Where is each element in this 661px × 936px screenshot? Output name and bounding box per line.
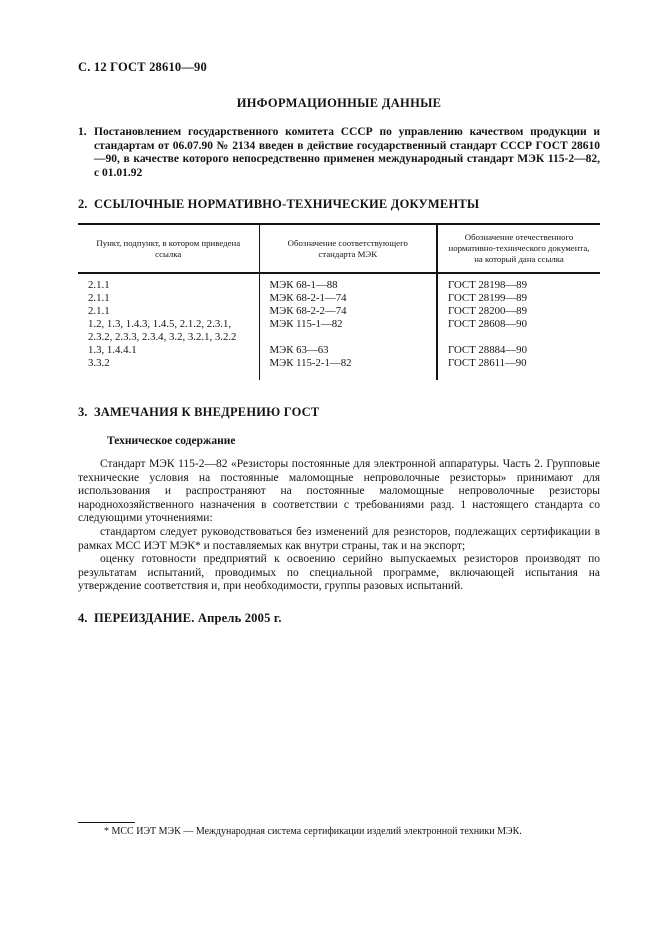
- table-body: 2.1.1 МЭК 68-1—88 ГОСТ 28198—89 2.1.1 МЭ…: [78, 273, 600, 380]
- cell-gost: ГОСТ 28199—89: [437, 292, 600, 305]
- page-content: С. 12 ГОСТ 28610—90 ИНФОРМАЦИОННЫЕ ДАННЫ…: [78, 0, 600, 626]
- document-title: ИНФОРМАЦИОННЫЕ ДАННЫЕ: [78, 96, 600, 111]
- cell-gost: ГОСТ 28608—90: [437, 318, 600, 344]
- table-row: 3.3.2 МЭК 115-2-1—82 ГОСТ 28611—90: [78, 357, 600, 380]
- section-4-number: 4.: [78, 611, 94, 626]
- table-row: 1.2, 1.3, 1.4.3, 1.4.5, 2.1.2, 2.3.1, 2.…: [78, 318, 600, 344]
- table-row: 2.1.1 МЭК 68-1—88 ГОСТ 28198—89: [78, 273, 600, 292]
- section-3-body: Стандарт МЭК 115-2—82 «Резисторы постоян…: [78, 458, 600, 594]
- section-2-heading: 2. ССЫЛОЧНЫЕ НОРМАТИВНО-ТЕХНИЧЕСКИЕ ДОКУ…: [78, 197, 600, 212]
- cell-gost: ГОСТ 28200—89: [437, 305, 600, 318]
- cell-iec: МЭК 63—63: [259, 344, 437, 357]
- footnote-rule: [78, 822, 135, 823]
- section-1-number: 1.: [78, 126, 94, 140]
- cell-ref: 3.3.2: [78, 357, 259, 380]
- cell-ref: 1.2, 1.3, 1.4.3, 1.4.5, 2.1.2, 2.3.1, 2.…: [78, 318, 259, 344]
- cell-ref: 2.1.1: [78, 292, 259, 305]
- cell-iec: МЭК 68-1—88: [259, 273, 437, 292]
- cell-ref: 2.1.1: [78, 273, 259, 292]
- cell-iec: МЭК 68-2-1—74: [259, 292, 437, 305]
- cell-ref: 1.3, 1.4.4.1: [78, 344, 259, 357]
- table-header: Пункт, подпункт, в котором приведена ссы…: [78, 224, 600, 273]
- table-row: 1.3, 1.4.4.1 МЭК 63—63 ГОСТ 28884—90: [78, 344, 600, 357]
- cell-iec: МЭК 115-2-1—82: [259, 357, 437, 380]
- document-page: С. 12 ГОСТ 28610—90 ИНФОРМАЦИОННЫЕ ДАННЫ…: [0, 0, 661, 936]
- column-header-iec: Обозначение соответствующего стандарта М…: [259, 224, 437, 273]
- reference-documents-table: Пункт, подпункт, в котором приведена ссы…: [78, 223, 600, 380]
- column-header-ref: Пункт, подпункт, в котором приведена ссы…: [78, 224, 259, 273]
- paragraph: оценку готовности предприятий к освоению…: [78, 553, 600, 594]
- cell-gost: ГОСТ 28611—90: [437, 357, 600, 380]
- section-3-number: 3.: [78, 405, 94, 420]
- section-1-text: Постановлением государственного комитета…: [94, 126, 600, 180]
- table-row: 2.1.1 МЭК 68-2-1—74 ГОСТ 28199—89: [78, 292, 600, 305]
- cell-ref: 2.1.1: [78, 305, 259, 318]
- section-3-heading: 3. ЗАМЕЧАНИЯ К ВНЕДРЕНИЮ ГОСТ: [78, 405, 600, 420]
- cell-gost: ГОСТ 28884—90: [437, 344, 600, 357]
- footnote-text: * МСС ИЭТ МЭК — Международная система се…: [78, 826, 600, 838]
- table-header-row: Пункт, подпункт, в котором приведена ссы…: [78, 224, 600, 273]
- paragraph: Стандарт МЭК 115-2—82 «Резисторы постоян…: [78, 458, 600, 526]
- column-header-gost: Обозначение отечественного нормативно-те…: [437, 224, 600, 273]
- table-row: 2.1.1 МЭК 68-2-2—74 ГОСТ 28200—89: [78, 305, 600, 318]
- section-2-number: 2.: [78, 197, 94, 212]
- section-4-heading: 4. ПЕРЕИЗДАНИЕ. Апрель 2005 г.: [78, 611, 600, 626]
- cell-gost: ГОСТ 28198—89: [437, 273, 600, 292]
- cell-iec: МЭК 68-2-2—74: [259, 305, 437, 318]
- paragraph: стандартом следует руководствоваться без…: [78, 526, 600, 553]
- section-3-subtitle: Техническое содержание: [107, 435, 600, 447]
- section-3-title: ЗАМЕЧАНИЯ К ВНЕДРЕНИЮ ГОСТ: [94, 405, 600, 420]
- page-header: С. 12 ГОСТ 28610—90: [78, 60, 600, 75]
- section-4-title: ПЕРЕИЗДАНИЕ. Апрель 2005 г.: [94, 611, 600, 626]
- section-1: 1. Постановлением государственного комит…: [78, 126, 600, 180]
- cell-iec: МЭК 115-1—82: [259, 318, 437, 344]
- footnote: * МСС ИЭТ МЭК — Международная система се…: [78, 822, 600, 838]
- section-2-title: ССЫЛОЧНЫЕ НОРМАТИВНО-ТЕХНИЧЕСКИЕ ДОКУМЕН…: [94, 197, 600, 212]
